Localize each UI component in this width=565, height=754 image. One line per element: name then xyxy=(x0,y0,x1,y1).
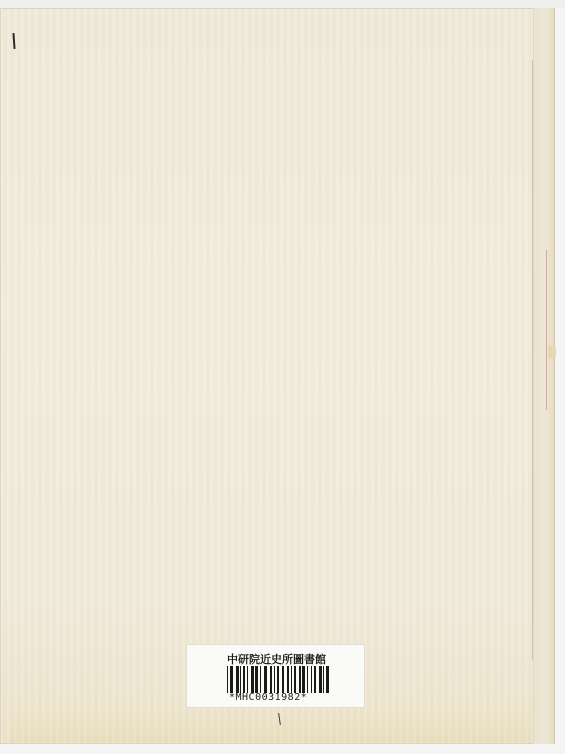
page-edge xyxy=(534,8,555,744)
scan-background xyxy=(0,0,565,8)
bottom-stain xyxy=(10,710,530,742)
edge-tab xyxy=(548,345,556,359)
barcode-number: *MHC0031982* xyxy=(229,692,307,703)
library-barcode-label: 中研院近史所圖書館 *MHC0031982* xyxy=(187,645,364,707)
barcode xyxy=(227,666,330,693)
edge-red-mark xyxy=(546,250,547,410)
library-name: 中研院近史所圖書館 xyxy=(227,651,357,667)
fold-line xyxy=(532,60,533,660)
paper-page xyxy=(0,8,534,744)
